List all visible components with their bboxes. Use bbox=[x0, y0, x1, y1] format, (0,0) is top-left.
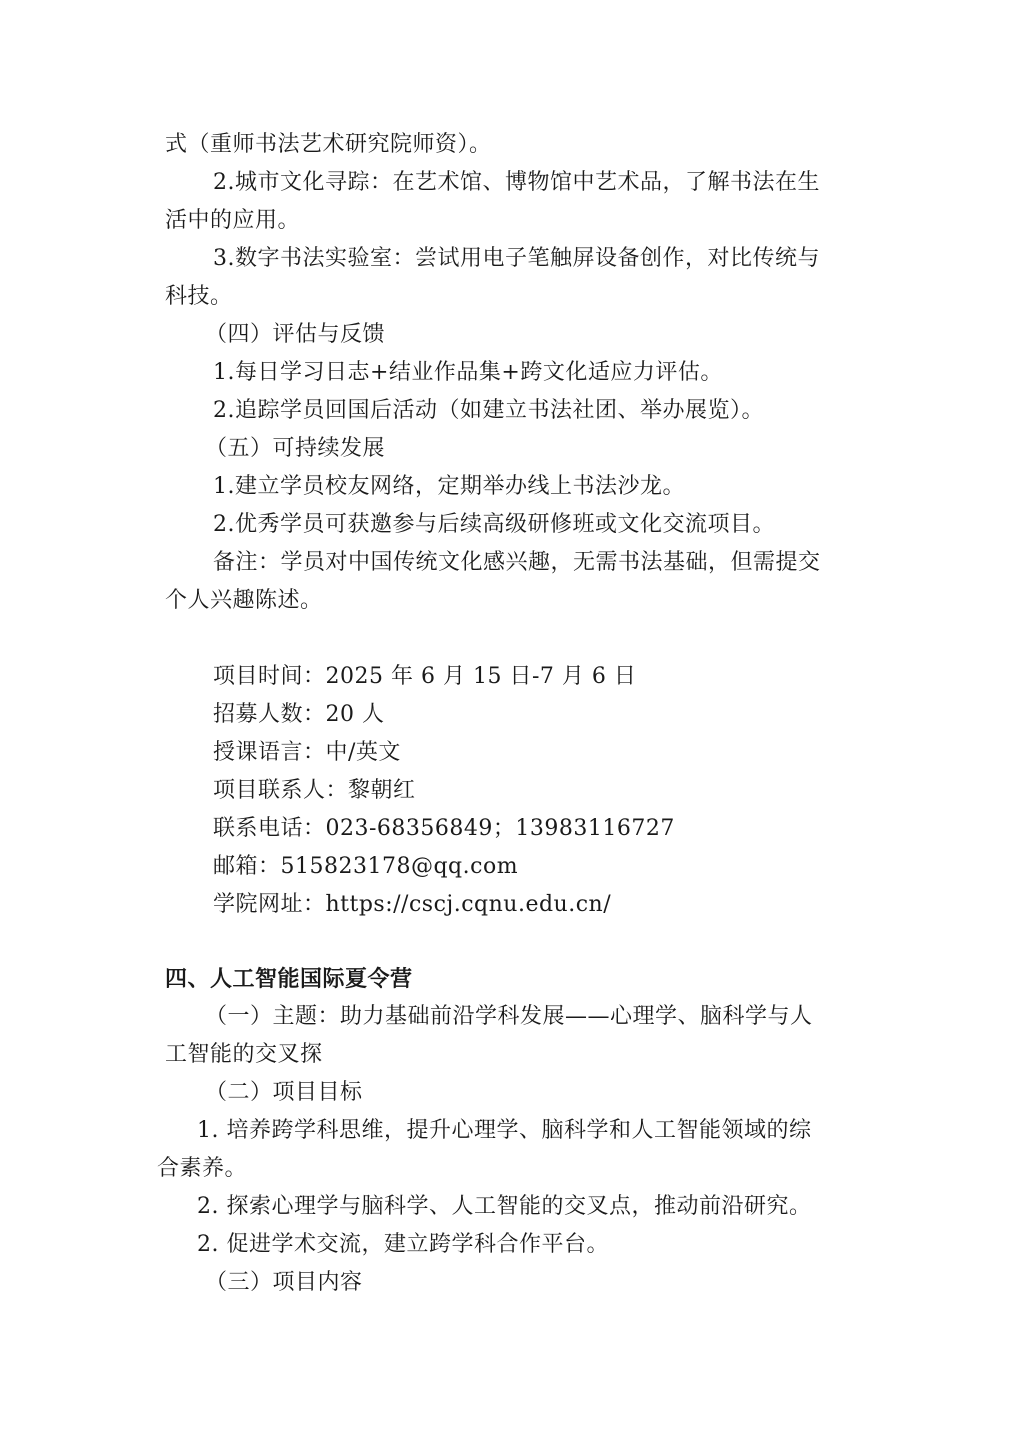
project-contact: 项目联系人：黎朝红 bbox=[213, 776, 416, 806]
subsection-heading: （五）可持续发展 bbox=[205, 434, 385, 464]
goal-item: 2. 探索心理学与脑科学、人工智能的交叉点，推动前沿研究。 bbox=[197, 1192, 812, 1222]
paragraph-line: 式（重师书法艺术研究院师资）。 bbox=[165, 130, 492, 160]
goal-item: 2. 促进学术交流，建立跨学科合作平台。 bbox=[197, 1230, 609, 1260]
list-item: 2.追踪学员回国后活动（如建立书法社团、举办展览）。 bbox=[213, 396, 764, 426]
section-title: 四、人工智能国际夏令营 bbox=[165, 964, 413, 994]
subsection-heading: （二）项目目标 bbox=[205, 1078, 363, 1108]
project-time: 项目时间：2025 年 6 月 15 日-7 月 6 日 bbox=[213, 662, 636, 692]
contact-phone: 联系电话：023-68356849；13983116727 bbox=[213, 814, 675, 844]
theme-line: 工智能的交叉探 bbox=[165, 1040, 323, 1070]
note-line: 备注：学员对中国传统文化感兴趣，无需书法基础，但需提交 bbox=[213, 548, 821, 578]
college-website: 学院网址：https://cscj.cqnu.edu.cn/ bbox=[213, 890, 611, 920]
list-item: 1.建立学员校友网络，定期举办线上书法沙龙。 bbox=[213, 472, 685, 502]
paragraph-line: 2.城市文化寻踪：在艺术馆、博物馆中艺术品，了解书法在生 bbox=[213, 168, 820, 198]
theme-line: （一）主题：助力基础前沿学科发展——心理学、脑科学与人 bbox=[205, 1002, 813, 1032]
recruit-count: 招募人数：20 人 bbox=[213, 700, 385, 730]
goal-item: 1. 培养跨学科思维，提升心理学、脑科学和人工智能领域的综 bbox=[197, 1116, 812, 1146]
subsection-heading: （四）评估与反馈 bbox=[205, 320, 385, 350]
contact-email: 邮箱：515823178@qq.com bbox=[213, 852, 518, 882]
paragraph-line: 活中的应用。 bbox=[165, 206, 300, 236]
paragraph-line: 3.数字书法实验室：尝试用电子笔触屏设备创作，对比传统与 bbox=[213, 244, 820, 274]
subsection-heading: （三）项目内容 bbox=[205, 1268, 363, 1298]
teaching-language: 授课语言：中/英文 bbox=[213, 738, 401, 768]
paragraph-line: 科技。 bbox=[165, 282, 233, 312]
note-line: 个人兴趣陈述。 bbox=[165, 586, 323, 616]
list-item: 1.每日学习日志+结业作品集+跨文化适应力评估。 bbox=[213, 358, 723, 388]
goal-item: 合素养。 bbox=[157, 1154, 247, 1184]
list-item: 2.优秀学员可获邀参与后续高级研修班或文化交流项目。 bbox=[213, 510, 775, 540]
